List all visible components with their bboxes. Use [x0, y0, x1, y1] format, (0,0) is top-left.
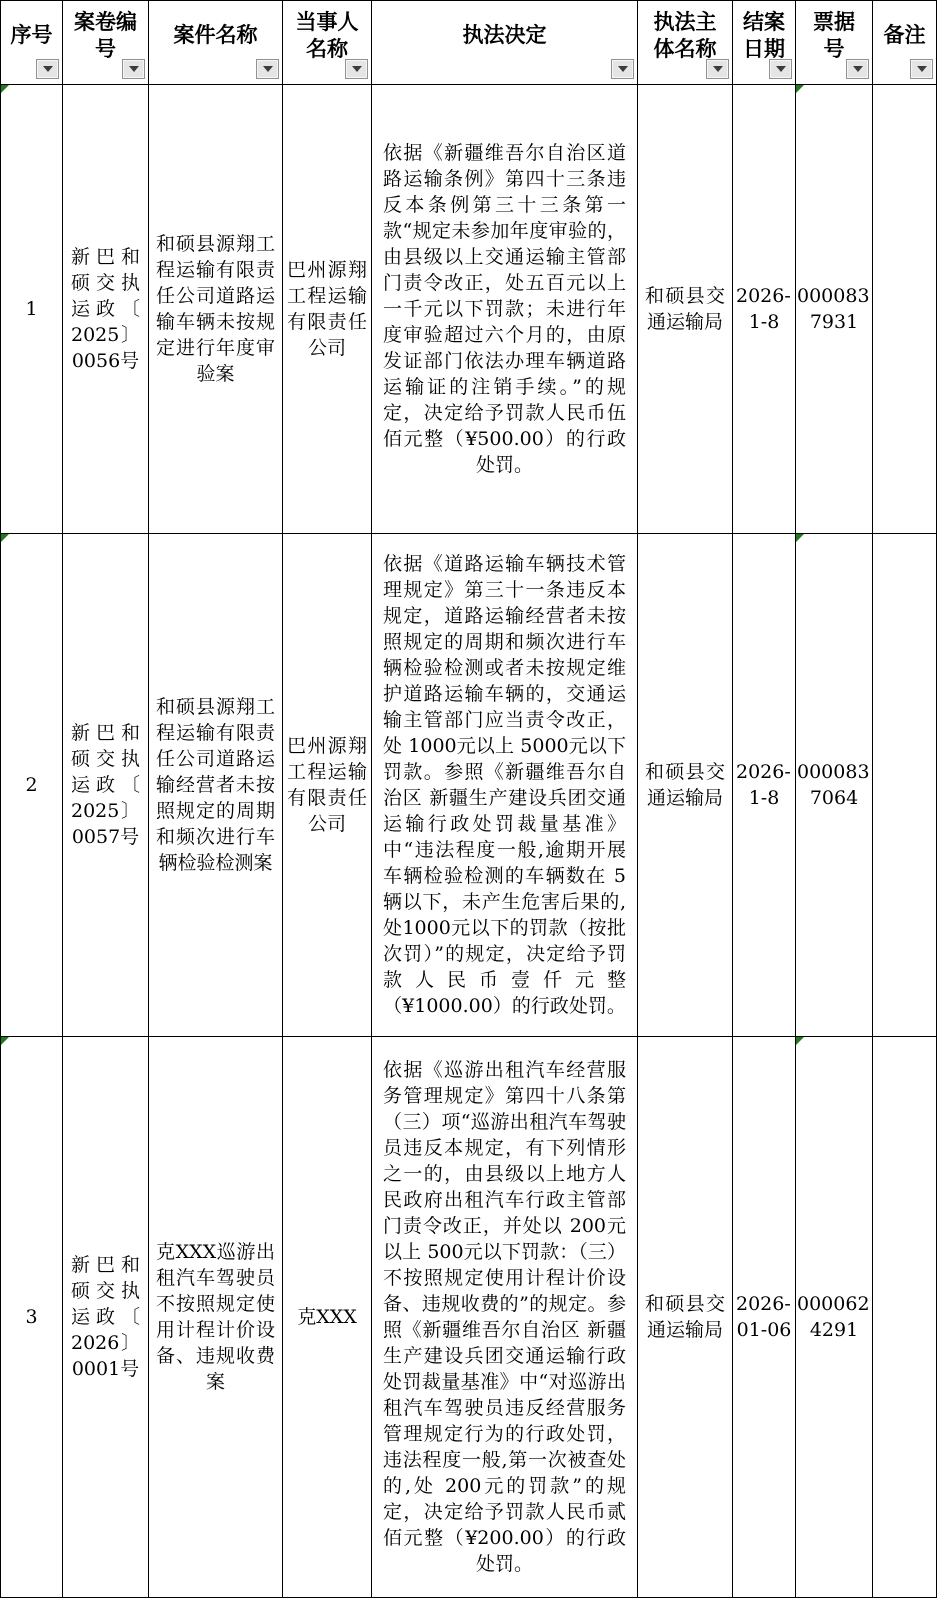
cell-seq[interactable]: 1	[1, 85, 63, 534]
filter-dropdown-icon	[713, 66, 723, 72]
col-header-seq-label: 序号	[11, 22, 53, 47]
seq-value: 2	[25, 774, 37, 796]
cell-receipt-no[interactable]: 0000624291	[796, 1037, 873, 1598]
cell-case-no[interactable]: 新巴和硕交执运政〔2025〕0056号	[63, 85, 149, 534]
error-indicator-icon	[1, 534, 9, 542]
cell-decision[interactable]: 依据《新疆维吾尔自治区道路运输条例》第四十三条违反本条例第三十三条第一款“规定未…	[372, 85, 638, 534]
filter-dropdown-icon	[129, 66, 139, 72]
cell-party[interactable]: 克XXX	[283, 1037, 372, 1598]
error-indicator-icon	[796, 1037, 804, 1045]
cell-authority[interactable]: 和硕县交通运输局	[638, 85, 733, 534]
filter-dropdown-icon	[263, 66, 273, 72]
col-header-party[interactable]: 当事人名称	[283, 1, 372, 85]
filter-button-case-no[interactable]	[122, 59, 145, 79]
cell-close-date[interactable]: 2026-1-8	[733, 85, 796, 534]
cell-case-name[interactable]: 和硕县源翔工程运输有限责任公司道路运输经营者未按照规定的周期和频次进行车辆检验检…	[149, 534, 283, 1037]
cell-case-name[interactable]: 和硕县源翔工程运输有限责任公司道路运输车辆未按规定进行年度审验案	[149, 85, 283, 534]
table-row: 1 新巴和硕交执运政〔2025〕0056号 和硕县源翔工程运输有限责任公司道路运…	[1, 85, 937, 534]
cell-close-date[interactable]: 2026-01-06	[733, 1037, 796, 1598]
filter-dropdown-icon	[618, 66, 628, 72]
cell-case-name[interactable]: 克XXX巡游出租汽车驾驶员不按照规定使用计程计价设备、违规收费案	[149, 1037, 283, 1598]
col-header-authority[interactable]: 执法主体名称	[638, 1, 733, 85]
filter-dropdown-icon	[43, 66, 53, 72]
filter-dropdown-icon	[917, 66, 927, 72]
cell-authority[interactable]: 和硕县交通运输局	[638, 534, 733, 1037]
col-header-case-name[interactable]: 案件名称	[149, 1, 283, 85]
filter-dropdown-icon	[776, 66, 786, 72]
col-header-seq[interactable]: 序号	[1, 1, 63, 85]
col-header-party-label: 当事人名称	[296, 9, 359, 61]
receipt-no-value: 0000837931	[797, 285, 870, 333]
filter-button-seq[interactable]	[36, 59, 59, 79]
col-header-receipt-no[interactable]: 票据号	[796, 1, 873, 85]
receipt-no-value: 0000624291	[797, 1293, 870, 1341]
table-row: 2 新巴和硕交执运政〔2025〕0057号 和硕县源翔工程运输有限责任公司道路运…	[1, 534, 937, 1037]
filter-button-receipt-no[interactable]	[846, 59, 869, 79]
col-header-remark-label: 备注	[884, 22, 926, 47]
col-header-authority-label: 执法主体名称	[654, 9, 717, 61]
cell-remark[interactable]	[873, 85, 937, 534]
cell-close-date[interactable]: 2026-1-8	[733, 534, 796, 1037]
cell-decision[interactable]: 依据《道路运输车辆技术管理规定》第三十一条违反本规定，道路运输经营者未按照规定的…	[372, 534, 638, 1037]
error-indicator-icon	[796, 534, 804, 542]
filter-button-party[interactable]	[345, 59, 368, 79]
filter-button-decision[interactable]	[611, 59, 634, 79]
error-indicator-icon	[796, 85, 804, 93]
cell-seq[interactable]: 3	[1, 1037, 63, 1598]
cell-receipt-no[interactable]: 0000837931	[796, 85, 873, 534]
cell-remark[interactable]	[873, 1037, 937, 1598]
filter-dropdown-icon	[352, 66, 362, 72]
seq-value: 3	[25, 1306, 37, 1328]
col-header-case-name-label: 案件名称	[174, 22, 258, 47]
col-header-close-date-label: 结案日期	[743, 9, 785, 61]
header-row: 序号 案卷编号 案件名称 当事人名称 执法决定 执法主体名称	[1, 1, 937, 85]
receipt-no-value: 0000837064	[797, 761, 870, 809]
table-row: 3 新巴和硕交执运政〔2026〕0001号 克XXX巡游出租汽车驾驶员不按照规定…	[1, 1037, 937, 1598]
filter-dropdown-icon	[853, 66, 863, 72]
cell-receipt-no[interactable]: 0000837064	[796, 534, 873, 1037]
seq-value: 1	[25, 298, 37, 320]
cell-case-no[interactable]: 新巴和硕交执运政〔2026〕0001号	[63, 1037, 149, 1598]
cell-authority[interactable]: 和硕县交通运输局	[638, 1037, 733, 1598]
col-header-decision-label: 执法决定	[463, 22, 547, 47]
error-indicator-icon	[1, 85, 9, 93]
cell-decision[interactable]: 依据《巡游出租汽车经营服务管理规定》第四十八条第（三）项“巡游出租汽车驾驶员违反…	[372, 1037, 638, 1598]
enforcement-cases-table: 序号 案卷编号 案件名称 当事人名称 执法决定 执法主体名称	[0, 0, 937, 1598]
col-header-case-no-label: 案卷编号	[74, 9, 137, 61]
col-header-decision[interactable]: 执法决定	[372, 1, 638, 85]
cell-remark[interactable]	[873, 534, 937, 1037]
error-indicator-icon	[1, 1037, 9, 1045]
col-header-case-no[interactable]: 案卷编号	[63, 1, 149, 85]
cell-party[interactable]: 巴州源翔工程运输有限责任公司	[283, 85, 372, 534]
filter-button-remark[interactable]	[910, 59, 933, 79]
filter-button-close-date[interactable]	[769, 59, 792, 79]
col-header-remark[interactable]: 备注	[873, 1, 937, 85]
filter-button-case-name[interactable]	[256, 59, 279, 79]
col-header-receipt-no-label: 票据号	[813, 9, 855, 61]
col-header-close-date[interactable]: 结案日期	[733, 1, 796, 85]
filter-button-authority[interactable]	[706, 59, 729, 79]
cell-seq[interactable]: 2	[1, 534, 63, 1037]
cell-case-no[interactable]: 新巴和硕交执运政〔2025〕0057号	[63, 534, 149, 1037]
cell-party[interactable]: 巴州源翔工程运输有限责任公司	[283, 534, 372, 1037]
